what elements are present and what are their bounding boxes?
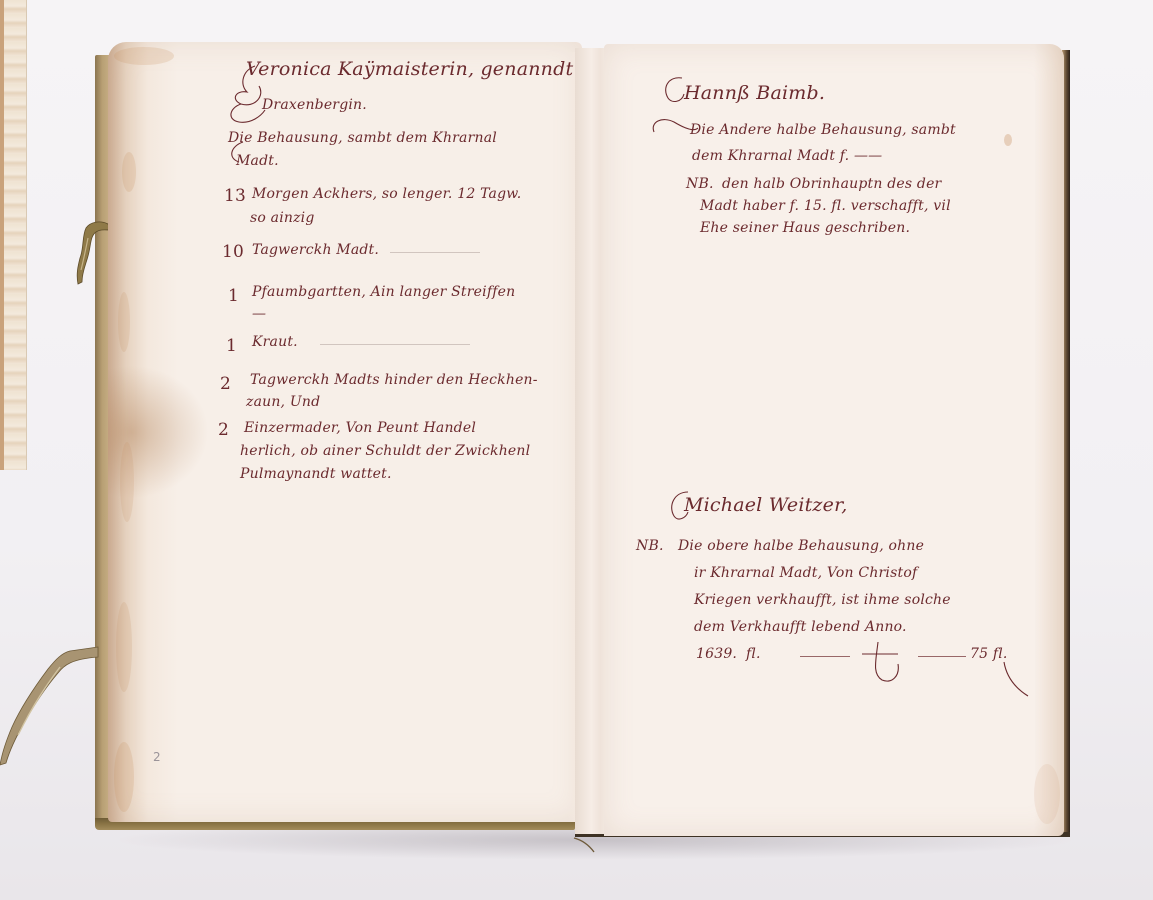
left-intro-line2: Madt. [236, 153, 279, 169]
calligraphic-flourish [1000, 660, 1034, 700]
left-intro-line1: Die Behausung, sambt dem Khrarnal [228, 130, 497, 146]
ruled-dash [390, 252, 480, 253]
right-s2-line4: dem Verkhaufft lebend Anno. [694, 619, 907, 635]
cloth-tie-top [72, 218, 110, 288]
right-s1-line2: dem Khrarnal Madt f. —— [692, 148, 882, 164]
right-s2-year: 1639. [696, 646, 737, 662]
entry-text: Morgen Ackhers, so lenger. 12 Tagw. [252, 186, 521, 202]
entry-text-cont: Pulmaynandt wattet. [240, 466, 392, 482]
right-s2-line3: Kriegen verkhaufft, ist ihme solche [694, 592, 951, 608]
entry-qty: 13 [224, 186, 246, 206]
right-heading-2: Michael Weitzer, [684, 494, 848, 516]
foxing-stain [118, 292, 130, 352]
right-s1-note-line1: den halb Obrinhauptn des der [722, 176, 941, 192]
nota-bene-marker: NB. [686, 176, 714, 192]
calligraphic-flourish [858, 640, 908, 686]
right-heading-1: Hannß Baimb. [684, 82, 825, 104]
entry-text: Tagwerckh Madt. [252, 242, 379, 258]
left-heading-line2: Draxenbergin. [262, 97, 367, 113]
wooden-table-edge [0, 0, 27, 470]
right-s2-line1: Die obere halbe Behausung, ohne [678, 538, 924, 554]
entry-text: Tagwerckh Madts hinder den Heckhen- [250, 372, 538, 388]
left-heading-line1: Veronica Kaÿmaisterin, genanndt [246, 58, 573, 80]
nota-bene-marker: NB. [636, 538, 664, 554]
entry-text-cont: zaun, Und [246, 394, 320, 410]
foxing-stain [114, 742, 134, 812]
foxing-stain [116, 602, 132, 692]
right-s1-line1: Die Andere halbe Behausung, sambt [690, 122, 956, 138]
entry-text-cont: so ainzig [250, 210, 315, 226]
ledger-dash [918, 656, 966, 657]
foxing-stain [122, 152, 136, 192]
binding-thread [572, 836, 602, 856]
entry-qty: 2 [218, 420, 229, 440]
entry-text-cont: — [252, 306, 266, 322]
entry-text: Pfaumbgartten, Ain langer Streiffen [252, 284, 515, 300]
foxing-stain [114, 47, 174, 65]
foxing-stain [1034, 764, 1060, 824]
entry-qty: 1 [226, 336, 237, 356]
entry-qty: 1 [228, 286, 239, 306]
ledger-dash [800, 656, 850, 657]
ruled-dash [320, 344, 470, 345]
entry-qty: 2 [220, 374, 231, 394]
right-s2-currency: fl. [746, 646, 761, 662]
foxing-stain [120, 442, 134, 522]
entry-qty: 10 [222, 242, 244, 262]
cloth-tie-bottom [0, 645, 100, 770]
entry-text-cont: herlich, ob ainer Schuldt der Zwickhenl [240, 443, 530, 459]
right-s1-note-line2: Madt haber f. 15. fl. verschafft, vil [700, 198, 951, 214]
foxing-stain [1004, 134, 1012, 146]
entry-text: Kraut. [252, 334, 298, 350]
entry-text: Einzermader, Von Peunt Handel [244, 420, 476, 436]
right-s2-line2: ir Khrarnal Madt, Von Christof [694, 565, 917, 581]
right-s1-note-line3: Ehe seiner Haus geschriben. [700, 220, 910, 236]
pencil-folio-number: 2 [153, 750, 161, 764]
